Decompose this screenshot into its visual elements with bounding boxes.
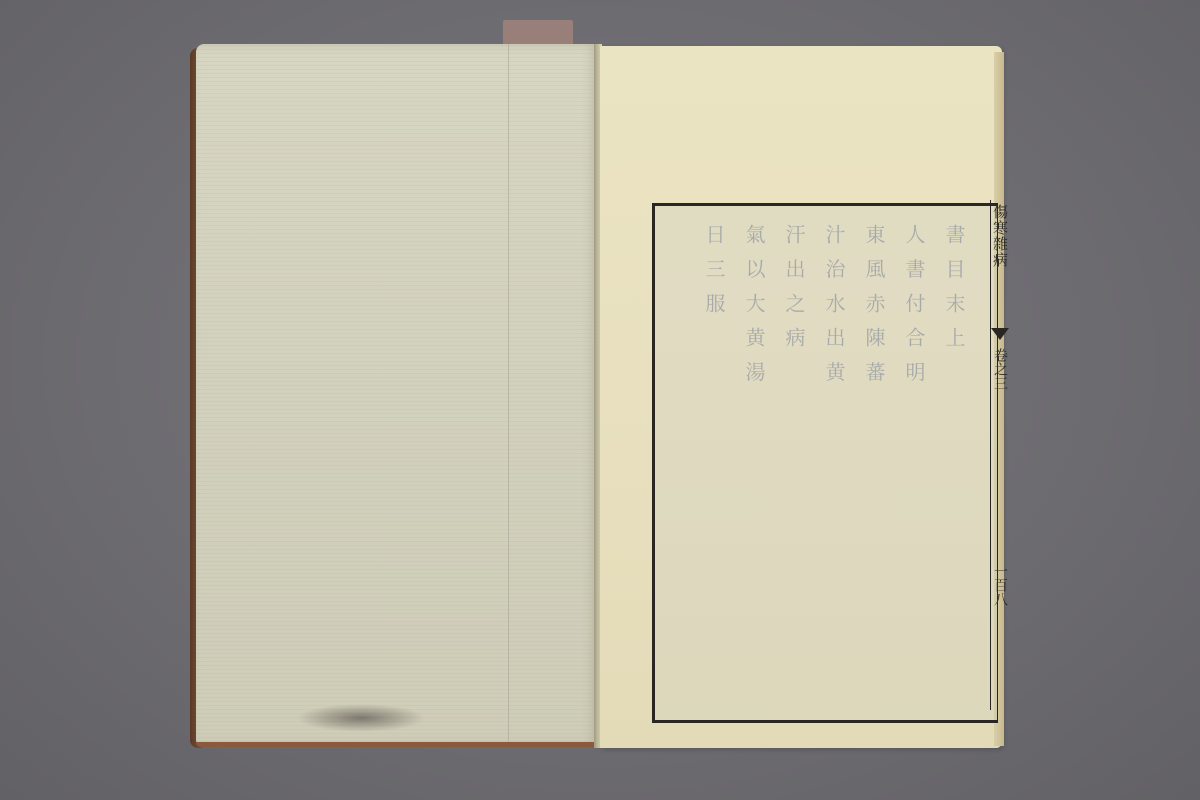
open-book: 書 目 末 上 人 書 付 合 明 東 風 赤 陳 蕃 汁 治 水 出 黄 汗 … bbox=[0, 0, 1200, 800]
print-frame: 書 目 末 上 人 書 付 合 明 東 風 赤 陳 蕃 汁 治 水 出 黄 汗 … bbox=[652, 203, 998, 723]
banxin-margin: 傷寒雜病 卷之三 一百八 bbox=[990, 200, 1009, 710]
faint-text-column: 汗 出 之 病 bbox=[785, 224, 807, 351]
faint-text-column: 汁 治 水 出 黄 bbox=[825, 224, 847, 385]
fishtail-mark-icon bbox=[991, 328, 1009, 340]
banxin-title: 傷寒雜病 bbox=[991, 204, 1009, 268]
faint-text-column: 東 風 赤 陳 蕃 bbox=[865, 224, 887, 385]
faint-text-column: 氣 以 大 黄 湯 bbox=[745, 224, 767, 385]
ink-smudge bbox=[296, 704, 426, 732]
faint-text-column: 人 書 付 合 明 bbox=[905, 224, 927, 385]
left-page-bottom-edge bbox=[196, 742, 598, 747]
banxin-volume: 卷之三 bbox=[991, 348, 1009, 390]
banxin-page-number: 一百八 bbox=[991, 564, 1009, 606]
left-page bbox=[196, 44, 598, 746]
faint-text-column: 日 三 服 bbox=[705, 224, 727, 317]
faint-text-column: 書 目 末 上 bbox=[945, 224, 967, 351]
paper-fold-line bbox=[508, 44, 509, 746]
